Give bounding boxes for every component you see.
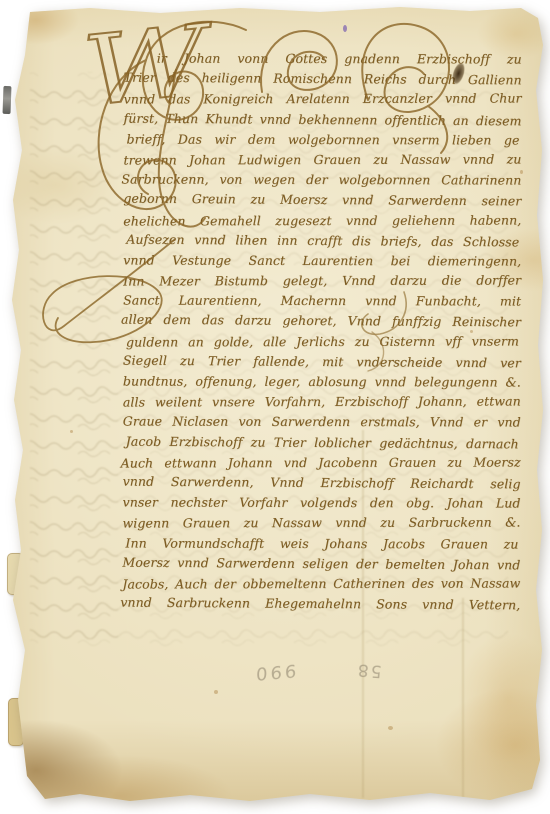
manuscript-line: Aufsezen vnnd lihen inn crafft dis brief…: [126, 229, 519, 252]
foxing-spot: [70, 430, 73, 433]
manuscript-line: Graue Niclasen von Sarwerdenn erstmals, …: [123, 412, 521, 433]
manuscript-line: ehelichen Gemahell zugesezt vnnd geliehe…: [123, 210, 521, 231]
foxing-spot: [470, 330, 473, 333]
foxing-spot: [520, 170, 523, 174]
fold-crease: [462, 598, 464, 803]
manuscript-line: Sanct Laurentienn, Machernn vnnd Funbach…: [123, 291, 521, 312]
pencil-number-left: 066: [256, 661, 300, 686]
manuscript-line: wigenn Grauen zu Nassaw vnnd zu Sarbruck…: [122, 513, 520, 534]
manuscript-line: Moersz vnnd Sarwerdenn seligen der bemel…: [122, 552, 520, 575]
manuscript-line: Inn Mezer Bistumb gelegt, Vnnd darzu die…: [123, 271, 521, 292]
manuscript-line: vnnd Sarwerdenn, Vnnd Erzbischoff Reicha…: [123, 472, 521, 495]
manuscript-line: Inn Vormundschafft weis Johans Jacobs Gr…: [125, 533, 518, 554]
manuscript-line: trewenn Johan Ludwigen Grauen zu Nassaw …: [123, 149, 521, 170]
manuscript-line: vnnd Vestunge Sanct Laurentien bei dieme…: [123, 250, 521, 271]
pencil-number-right: 58: [355, 659, 382, 681]
foxing-spot: [214, 690, 218, 694]
manuscript-line: allen dem das darzu gehoret, Vnnd funffz…: [121, 310, 521, 333]
fold-crease: [362, 430, 364, 798]
manuscript-line: brieff, Das wir dem wolgebornnen vnserm …: [126, 129, 519, 150]
manuscript-line: gebornn Greuin zu Moersz vnnd Sarwerdenn…: [123, 189, 521, 212]
manuscript-line: Sarbruckenn, von wegen der wolgebornnen …: [121, 170, 521, 191]
paper-shadow: ir Johan vonn Gottes gnadenn Erzbischoff…: [0, 0, 550, 814]
manuscript-line: alls weilent vnsere Vorfahrn, Erzbischof…: [123, 392, 521, 413]
manuscript-line: Auch ettwann Johann vnd Jacobenn Grauen …: [121, 452, 521, 473]
binding-staple: [3, 86, 12, 114]
photo-backdrop: ir Johan vonn Gottes gnadenn Erzbischoff…: [0, 0, 550, 814]
manuscript-line: Jacobs, Auch der obbemeltenn Catherinen …: [122, 573, 520, 594]
manuscript-line: vnser nechster Vorfahr volgends den obg.…: [123, 493, 521, 514]
manuscript-line: bundtnus, offenung, leger, ablosung vnnd…: [123, 371, 521, 392]
foxing-spot: [388, 726, 393, 730]
manuscript-line: guldenn an golde, alle Jerlichs zu Giste…: [126, 331, 519, 352]
purple-speck: [343, 25, 347, 32]
manuscript-line: Siegell zu Trier fallende, mit vndersche…: [123, 350, 521, 373]
manuscript-paper: ir Johan vonn Gottes gnadenn Erzbischoff…: [0, 0, 550, 814]
manuscript-line: Jacob Erzbischoff zu Trier loblicher ged…: [126, 431, 519, 454]
manuscript-text-block: ir Johan vonn Gottes gnadenn Erzbischoff…: [122, 48, 521, 614]
initial-letter-w: W: [79, 12, 212, 120]
manuscript-line: vnnd Sarbruckenn Ehegemahelnn Sons vnnd …: [120, 593, 520, 616]
